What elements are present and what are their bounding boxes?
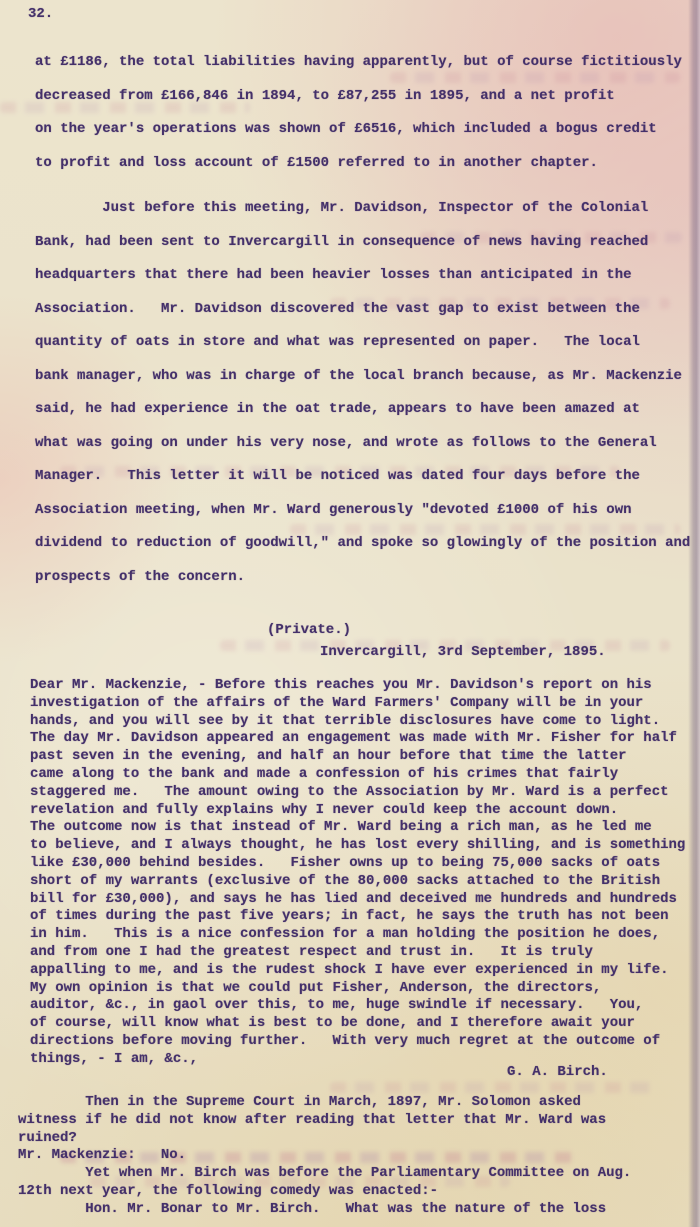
text-line: Mr. Mackenzie: No. <box>18 1147 631 1165</box>
text-line: Dear Mr. Mackenzie, - Before this reache… <box>30 677 685 695</box>
text-line: bill for £30,000), and says he has lied … <box>30 891 685 909</box>
text-line: auditor, &c., in gaol over this, to me, … <box>30 997 685 1015</box>
text-line: revelation and fully explains why I neve… <box>30 802 685 820</box>
text-line: quantity of oats in store and what was r… <box>35 326 690 360</box>
text-line: at £1186, the total liabilities having a… <box>35 46 682 80</box>
text-line: Association meeting, when Mr. Ward gener… <box>35 494 690 528</box>
text-line: in him. This is a nice confession for a … <box>30 926 685 944</box>
letter-signature: G. A. Birch. <box>507 1064 608 1082</box>
text-line: said, he had experience in the oat trade… <box>35 393 690 427</box>
davidson-paragraph: Just before this meeting, Mr. Davidson, … <box>35 192 690 594</box>
text-line: past seven in the evening, and half an h… <box>30 748 685 766</box>
ink-bleed-artifact <box>330 1082 660 1093</box>
text-line: came along to the bank and made a confes… <box>30 766 685 784</box>
text-line: hands, and you will see by it that terri… <box>30 713 685 731</box>
text-line: of course, will know what is best to be … <box>30 1015 685 1033</box>
text-line: to believe, and I always thought, he has… <box>30 837 685 855</box>
court-testimony-section: Then in the Supreme Court in March, 1897… <box>18 1094 631 1219</box>
text-line: Then in the Supreme Court in March, 1897… <box>18 1094 631 1112</box>
text-line: staggered me. The amount owing to the As… <box>30 784 685 802</box>
text-line: Association. Mr. Davidson discovered the… <box>35 293 690 327</box>
text-line: 12th next year, the following comedy was… <box>18 1183 631 1201</box>
text-line: Bank, had been sent to Invercargill in c… <box>35 226 690 260</box>
text-line: to profit and loss account of £1500 refe… <box>35 147 682 181</box>
text-line: The day Mr. Davidson appeared an engagem… <box>30 730 685 748</box>
page-number: 32. <box>28 6 53 22</box>
text-line: Manager. This letter it will be noticed … <box>35 460 690 494</box>
text-line: investigation of the affairs of the Ward… <box>30 695 685 713</box>
text-line: prospects of the concern. <box>35 561 690 595</box>
text-line: decreased from £166,846 in 1894, to £87,… <box>35 80 682 114</box>
letter-privacy-note: (Private.) <box>267 622 351 640</box>
text-line: and from one I had the greatest respect … <box>30 944 685 962</box>
text-line: appalling to me, and is the rudest shock… <box>30 962 685 980</box>
text-line: headquarters that there had been heavier… <box>35 259 690 293</box>
text-line: witness if he did not know after reading… <box>18 1112 631 1130</box>
text-line: Just before this meeting, Mr. Davidson, … <box>35 192 690 226</box>
text-line: dividend to reduction of goodwill," and … <box>35 527 690 561</box>
text-line: what was going on under his very nose, a… <box>35 427 690 461</box>
scan-edge-shadow <box>688 0 700 1227</box>
text-line: bank manager, who was in charge of the l… <box>35 360 690 394</box>
letter-dateline: Invercargill, 3rd September, 1895. <box>320 644 606 662</box>
text-line: Yet when Mr. Birch was before the Parlia… <box>18 1165 631 1183</box>
text-line: directions before moving further. With v… <box>30 1033 685 1051</box>
text-line: of times during the past five years; in … <box>30 908 685 926</box>
text-line: on the year's operations was shown of £6… <box>35 113 682 147</box>
text-line: ruined? <box>18 1130 631 1148</box>
text-line: Hon. Mr. Bonar to Mr. Birch. What was th… <box>18 1201 631 1219</box>
text-line: The outcome now is that instead of Mr. W… <box>30 819 685 837</box>
scanned-document-page: 32. at £1186, the total liabilities havi… <box>0 0 700 1227</box>
letter-body: Dear Mr. Mackenzie, - Before this reache… <box>30 677 685 1069</box>
text-line: My own opinion is that we could put Fish… <box>30 980 685 998</box>
text-line: like £30,000 behind besides. Fisher owns… <box>30 855 685 873</box>
text-line: short of my warrants (exclusive of the 8… <box>30 873 685 891</box>
opening-paragraph: at £1186, the total liabilities having a… <box>35 46 682 180</box>
